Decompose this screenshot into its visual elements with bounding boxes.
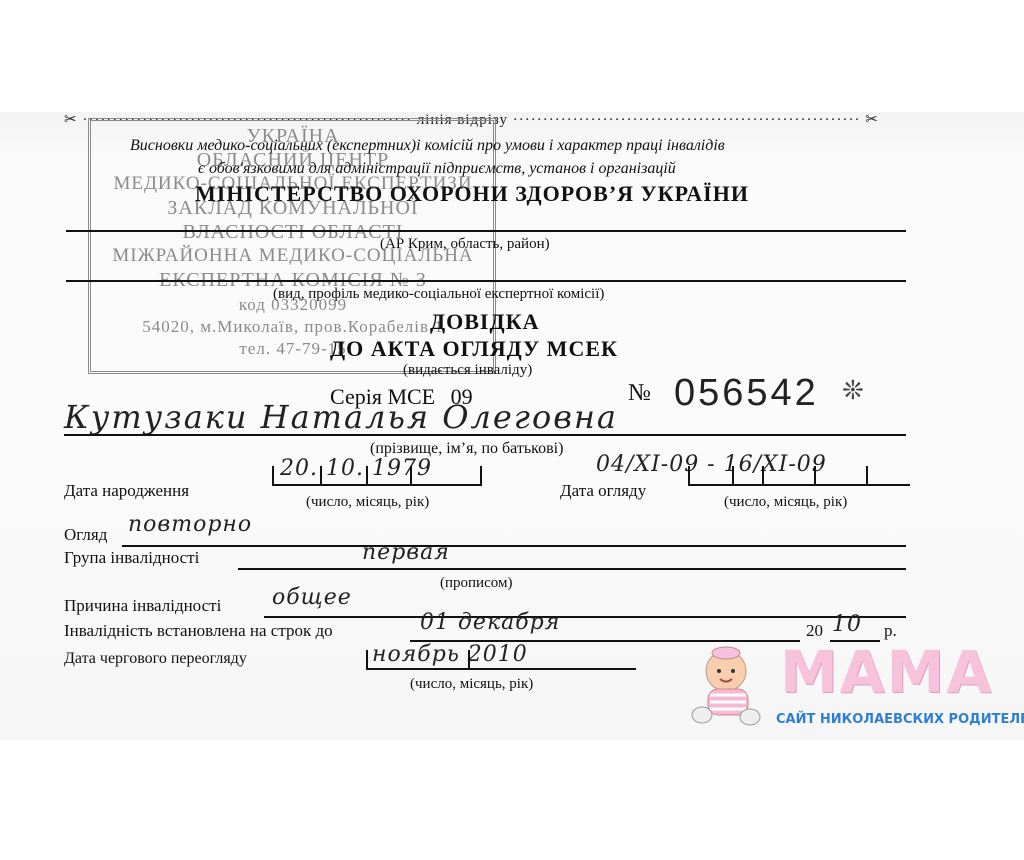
cause-line — [264, 616, 906, 618]
date-box-divider — [480, 466, 482, 484]
reexam-line — [366, 668, 636, 670]
reexam-value: ноябрь 2010 — [372, 642, 528, 667]
birth-date-caption: (число, місяць, рік) — [306, 494, 429, 511]
region-line — [66, 230, 906, 232]
doc-title: ДОВІДКА — [430, 309, 539, 335]
date-box-divider — [866, 466, 868, 484]
commission-caption: (вид, профіль медико-соціальної експертн… — [273, 286, 604, 303]
date-box-divider — [366, 650, 368, 668]
date-box-divider — [762, 466, 764, 484]
watermark-logo: МАМА — [780, 638, 993, 706]
number-sign: № — [628, 380, 651, 407]
exam-date-value: 04/XI-09 - 16/XI-09 — [596, 452, 827, 477]
exam-label: Огляд — [64, 525, 107, 545]
date-box-divider — [688, 466, 690, 484]
group-caption: (прописом) — [440, 575, 512, 592]
ministry-title: МІНІСТЕРСТВО ОХОРОНИ ЗДОРОВ’Я УКРАЇНИ — [195, 181, 749, 207]
exam-date-line — [688, 484, 910, 486]
date-box-divider — [320, 466, 322, 484]
group-label: Група інвалідності — [64, 548, 199, 568]
region-caption: (АР Крим, область, район) — [380, 236, 550, 253]
cause-label: Причина інвалідності — [64, 596, 221, 616]
date-box-divider — [468, 650, 470, 668]
header-note-1: Висновки медико-соціальних (експертних)і… — [130, 137, 725, 155]
birth-date-label: Дата народження — [64, 481, 189, 501]
reexam-label: Дата чергового переогляду — [64, 650, 247, 668]
watermark-subtitle: САЙТ НИКОЛАЕВСКИХ РОДИТЕЛЕЙ — [776, 712, 1024, 727]
exam-date-caption: (число, місяць, рік) — [724, 494, 847, 511]
baby-mascot-icon — [688, 645, 778, 727]
date-box-divider — [366, 466, 368, 484]
birth-date-line — [272, 484, 482, 486]
doc-subtitle: ДО АКТА ОГЛЯДУ МСЕК — [330, 336, 618, 362]
group-value: первая — [362, 540, 450, 565]
exam-line — [122, 545, 906, 547]
date-box-divider — [732, 466, 734, 484]
exam-value: повторно — [128, 512, 252, 537]
scissors-icon: ✂ — [865, 112, 879, 128]
issued-to-caption: (видається інваліду) — [403, 362, 532, 379]
term-year-value: 10 — [832, 612, 862, 637]
term-label: Інвалідність встановлена на строк до — [64, 621, 333, 641]
full-name-line — [64, 434, 906, 436]
date-box-divider — [814, 466, 816, 484]
date-box-divider — [410, 466, 412, 484]
header-note-2: є обов'язковими для адміністрації підпри… — [198, 160, 676, 178]
full-name-value: Кутузаки Наталья Олеговна — [64, 398, 618, 436]
commission-line — [66, 280, 906, 282]
group-line — [238, 568, 906, 570]
serial-number: 056542 — [674, 372, 819, 415]
exam-date-label: Дата огляду — [560, 481, 646, 501]
cause-value: общее — [272, 585, 352, 610]
date-box-divider — [272, 466, 274, 484]
scissors-icon: ✂ — [64, 112, 82, 128]
reexam-caption: (число, місяць, рік) — [410, 676, 533, 693]
ornament-icon: ❊ — [842, 376, 864, 406]
term-value: 01 декабря — [420, 610, 560, 635]
